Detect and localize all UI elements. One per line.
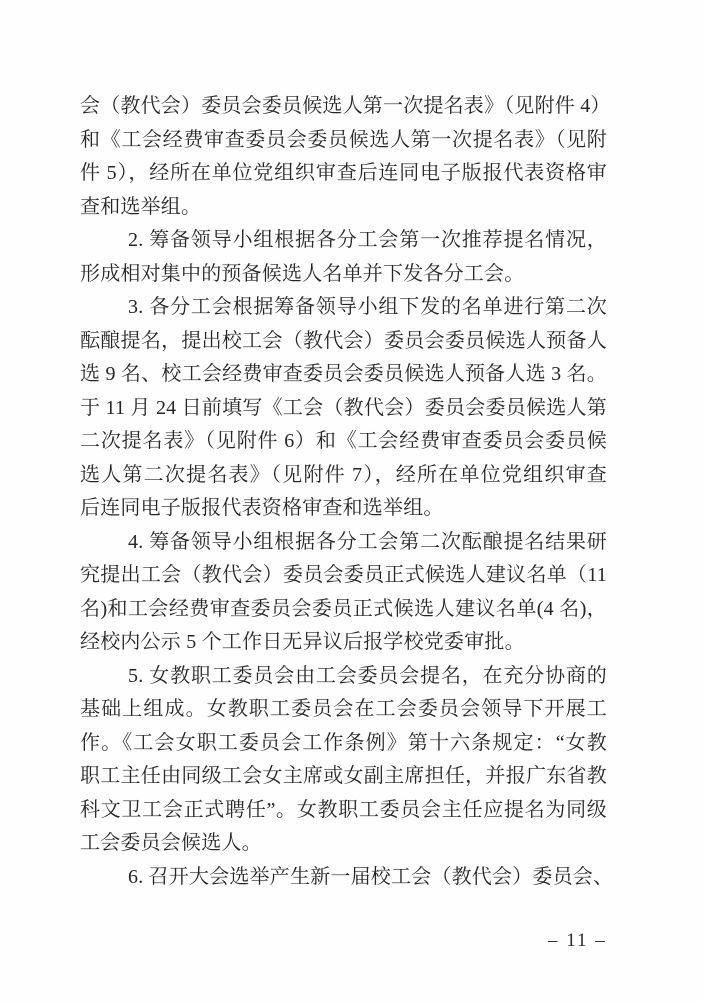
text-line: 科文卫工会正式聘任”。女教职工委员会主任应提名为同级	[80, 794, 607, 828]
text-line: 职工主任由同级工会女主席或女副主席担任，并报广东省教	[80, 760, 607, 794]
text-line: 基础上组成。女教职工委员会在工会委员会领导下开展工	[80, 693, 607, 727]
text-line: 工会委员会候选人。	[80, 827, 607, 861]
text-line: 酝酿提名，提出校工会（教代会）委员会委员候选人预备人	[80, 325, 607, 359]
text-line: 究提出工会（教代会）委员会委员正式候选人建议名单（11	[80, 559, 607, 593]
text-line: 4. 筹备领导小组根据各分工会第二次酝酿提名结果研	[80, 526, 607, 560]
text-line: 选 9 名、校工会经费审查委员会委员候选人预备人选 3 名。	[80, 358, 607, 392]
text-line: 名)和工会经费审查委员会委员正式候选人建议名单(4 名)，	[80, 593, 607, 627]
text-line: 会（教代会）委员会委员候选人第一次提名表》（见附件 4）	[80, 90, 607, 124]
text-line: 查和选举组。	[80, 191, 607, 225]
text-line: 于 11 月 24 日前填写《工会（教代会）委员会委员候选人第	[80, 392, 607, 426]
text-line: 经校内公示 5 个工作日无异议后报学校党委审批。	[80, 626, 607, 660]
text-line: 3. 各分工会根据筹备领导小组下发的名单进行第二次	[80, 291, 607, 325]
text-line: 2. 筹备领导小组根据各分工会第一次推荐提名情况，	[80, 224, 607, 258]
text-line: 5. 女教职工委员会由工会委员会提名，在充分协商的	[80, 660, 607, 694]
text-line: 选人第二次提名表》（见附件 7），经所在单位党组织审查	[80, 459, 607, 493]
text-line: 作。《工会女职工委员会工作条例》第十六条规定：“女教	[80, 727, 607, 761]
document-body: 会（教代会）委员会委员候选人第一次提名表》（见附件 4） 和《工会经费审查委员会…	[80, 90, 607, 894]
text-line: 件 5），经所在单位党组织审查后连同电子版报代表资格审	[80, 157, 607, 191]
page-number: – 11 –	[548, 930, 607, 952]
text-line: 6. 召开大会选举产生新一届校工会（教代会）委员会、	[80, 861, 607, 895]
text-line: 二次提名表》（见附件 6）和《工会经费审查委员会委员候	[80, 425, 607, 459]
text-line: 和《工会经费审查委员会委员候选人第一次提名表》（见附	[80, 124, 607, 158]
document-page: 会（教代会）委员会委员候选人第一次提名表》（见附件 4） 和《工会经费审查委员会…	[0, 0, 703, 1003]
text-line: 形成相对集中的预备候选人名单并下发各分工会。	[80, 258, 607, 292]
text-line: 后连同电子版报代表资格审查和选举组。	[80, 492, 607, 526]
